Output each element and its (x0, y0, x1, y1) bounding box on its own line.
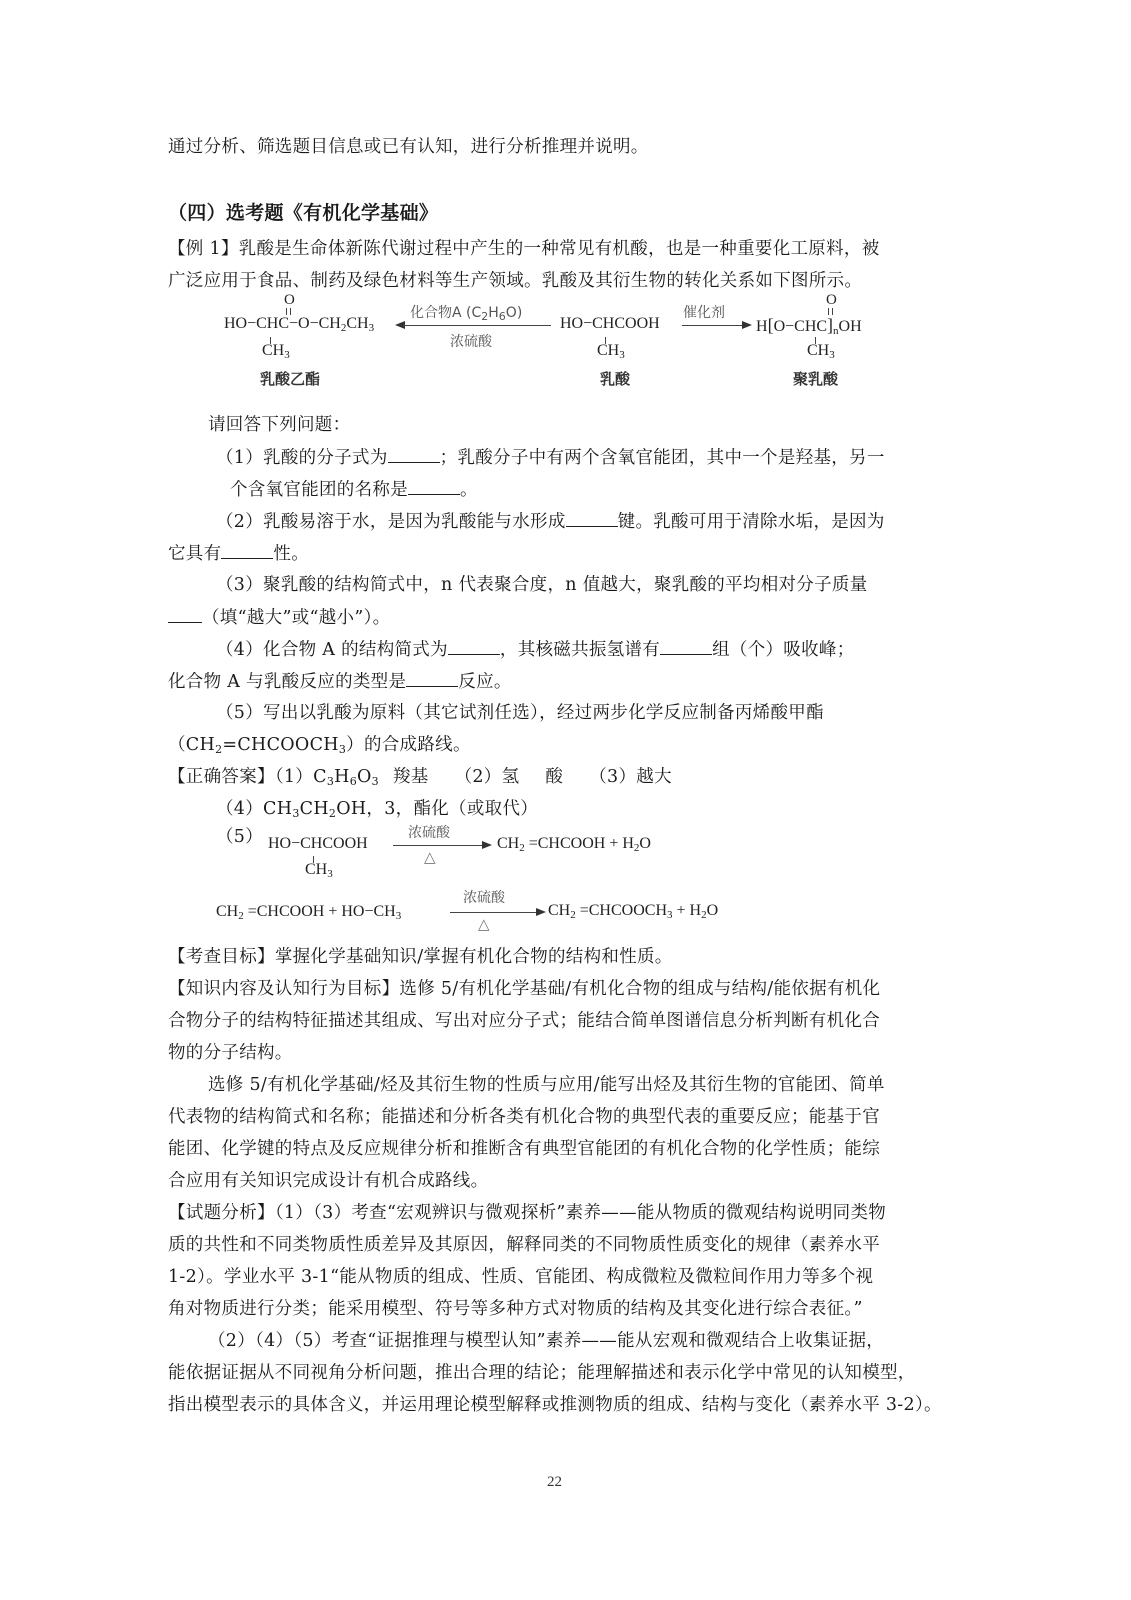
q4-text-b: ，其核磁共振氢谱有 (500, 640, 660, 660)
q1-text-a: （1）乳酸的分子式为 (216, 448, 388, 468)
arrow2-line (682, 325, 744, 326)
knowledge-text: 选修 5/有机化学基础/有机化合物的组成与结构/能依据有机化 (399, 979, 880, 999)
question-1-line-2: 个含氧官能团的名称是。 (230, 478, 478, 501)
ethyl-lactate-methyl: CH3 (262, 342, 290, 360)
answer-line-1: 【正确答案】（1）C3H6O3羧基（2）氢酸（3）越大 (168, 766, 672, 788)
q2-text-c: 它具有 (168, 544, 221, 564)
objective-line: 【考查目标】掌握化学基础知识/掌握有机化合物的结构和性质。 (168, 946, 673, 968)
question-2-line-2: 它具有性。 (168, 542, 309, 565)
question-1-line-1: （1）乳酸的分子式为；乳酸分子中有两个含氧官能团，其中一个是羟基，另一 (216, 446, 885, 469)
answer-line-4: （4）CH3CH2OH，3，酯化（或取代） (216, 798, 538, 820)
arrow-right-head (742, 321, 752, 329)
q2-blank-bond[interactable] (566, 510, 618, 527)
ethyl-lactate-carbonyl-o: O (284, 292, 295, 309)
step2-heat-condition: △ (478, 915, 490, 933)
step1-methyl: CH3 (305, 861, 333, 879)
analysis-line-5: （2）（4）（5）考查“证据推理与模型认知”素养——能从宏观和微观结合上收集证据… (208, 1330, 884, 1352)
knowledge-label: 【知识内容及认知行为目标】 (168, 979, 399, 999)
knowledge-line-5: 代表物的结构简式和名称；能描述和分析各类有机化合物的典型代表的重要反应；能基于官 (168, 1106, 880, 1128)
analysis-line-7: 指出模型表示的具体含义，并运用理论模型解释或推测物质的组成、结构与变化（素养水平… (168, 1394, 942, 1416)
q5-text: ）的合成路线。 (346, 735, 471, 755)
answer-2b: 酸 (545, 767, 563, 787)
objective-label: 【考查目标】 (168, 947, 275, 967)
answer-1-group: 羧基 (393, 767, 429, 787)
analysis-line-2: 质的共性和不同类物质性质差异及其原因，解释同类的不同物质性质变化的规律（素养水平 (168, 1234, 880, 1256)
intro-line: 通过分析、筛选题目信息或已有认知，进行分析推理并说明。 (168, 136, 649, 158)
answer-4-prefix: （4） (216, 799, 263, 819)
question-2-line-1: （2）乳酸易溶于水，是因为乳酸能与水形成键。乳酸可用于清除水垢，是因为 (216, 510, 885, 533)
knowledge-line-4: 选修 5/有机化学基础/烃及其衍生物的性质与应用/能写出烃及其衍生物的官能团、简… (208, 1074, 885, 1096)
question-prompt: 请回答下列问题： (208, 414, 350, 436)
q1-text-d: 。 (460, 480, 478, 500)
question-5-line-2: （CH2=CHCOOCH3）的合成路线。 (168, 734, 471, 756)
question-3-line-1: （3）聚乳酸的结构简式中，n 代表聚合度，n 值越大，聚乳酸的平均相对分子质量 (216, 574, 868, 596)
question-4-line-1: （4）化合物 A 的结构简式为，其核磁共振氢谱有组（个）吸收峰； (216, 638, 855, 661)
analysis-label: 【试题分析】 (168, 1203, 275, 1223)
q4-text-e: 反应。 (458, 672, 511, 692)
q4-blank-structure[interactable] (448, 638, 500, 655)
answer-2: （2）氢 (455, 767, 520, 787)
example-line-2: 广泛应用于食品、制药及绿色材料等生产领域。乳酸及其衍生物的转化关系如下图所示。 (168, 270, 862, 292)
ethyl-lactate-formula: HO−CHC−O−CH2CH3 (224, 315, 374, 333)
arrow1-top-label: 化合物A (C2H6O) (410, 302, 522, 322)
example-text-1: 乳酸是生命体新陈代谢过程中产生的一种常见有机酸，也是一种重要化工原料，被 (239, 239, 880, 259)
q3-text-b: （填“越大”或“越小”）。 (202, 608, 390, 628)
step2-product: CH2 =CHCOOCH3 + H2O (548, 902, 718, 920)
q1-blank-formula[interactable] (388, 446, 440, 463)
question-4-line-2: 化合物 A 与乳酸反应的类型是反应。 (168, 670, 512, 693)
q1-blank-group[interactable] (408, 478, 460, 495)
arrow-right-head (482, 841, 492, 849)
answer-4-formula: CH3CH2OH (263, 799, 366, 819)
arrow-right-head (536, 908, 546, 916)
analysis-line-1: 【试题分析】（1）（3）考查“宏观辨识与微观探析”素养——能从物质的微观结构说明… (168, 1202, 886, 1224)
q1-text-c: 个含氧官能团的名称是 (230, 480, 408, 500)
example-line-1: 【例 1】乳酸是生命体新陈代谢过程中产生的一种常见有机酸，也是一种重要化工原料，… (168, 238, 880, 260)
question-5-line-1: （5）写出以乳酸为原料（其它试剂任选），经过两步化学反应制备丙烯酸甲酯 (216, 702, 824, 724)
example-label: 【例 1】 (168, 239, 239, 259)
lactic-acid-label: 乳酸 (600, 368, 630, 389)
knowledge-line-7: 合应用有关知识完成设计有机合成路线。 (168, 1170, 488, 1192)
pla-methyl: CH3 (807, 342, 835, 360)
knowledge-line-2: 合物分子的结构特征描述其组成、写出对应分子式；能结合简单图谱信息分析判断有机化合 (168, 1010, 880, 1032)
pla-label: 聚乳酸 (793, 368, 838, 389)
analysis-text: （1）（3）考查“宏观辨识与微观探析”素养——能从物质的微观结构说明同类物 (275, 1203, 886, 1223)
q1-text-b: ；乳酸分子中有两个含氧官能团，其中一个是羟基，另一 (440, 448, 885, 468)
analysis-line-4: 角对物质进行分类；能采用模型、符号等多种方式对物质的结构及其变化进行综合表征。” (168, 1298, 863, 1320)
knowledge-line-3: 物的分子结构。 (168, 1042, 293, 1064)
lactic-acid-formula: HO−CHCOOH (560, 315, 660, 333)
q5-text: （CH (168, 735, 215, 755)
pla-formula: H[O−CHC]nOH (756, 315, 862, 336)
knowledge-line-6: 能团、化学键的特点及反应规律分析和推断含有典型官能团的有机化合物的化学性质；能综 (168, 1138, 880, 1160)
answer-1-formula: C3H6O3 (313, 767, 379, 787)
arrow1-bottom-label: 浓硫酸 (450, 331, 492, 351)
lactic-acid-methyl: CH3 (597, 342, 625, 360)
section-title: （四）选考题《有机化学基础》 (168, 202, 438, 224)
ethyl-lactate-label: 乳酸乙酯 (260, 368, 320, 389)
q5-text: =CHCOOCH (222, 735, 338, 755)
analysis-line-3: 1-2）。学业水平 3-1“能从物质的组成、性质、官能团、构成微粒及微粒间作用力… (168, 1266, 873, 1288)
double-bond (828, 308, 833, 315)
step2-reagent: 浓硫酸 (463, 887, 505, 907)
q4-blank-peaks[interactable] (660, 638, 712, 655)
analysis-line-6: 能依据证据从不同视角分析问题，推出合理的结论；能理解描述和表示化学中常见的认知模… (168, 1362, 916, 1384)
q2-blank-property[interactable] (221, 542, 273, 559)
q2-text-d: 性。 (273, 544, 309, 564)
arrow2-top-label: 催化剂 (683, 302, 725, 322)
q2-text-b: 键。乳酸可用于清除水垢，是因为 (618, 512, 885, 532)
knowledge-line-1: 【知识内容及认知行为目标】选修 5/有机化学基础/有机化合物的组成与结构/能依据… (168, 978, 880, 1000)
step2-arrow-line (450, 912, 538, 913)
q4-text-a: （4）化合物 A 的结构简式为 (216, 640, 448, 660)
answer-3: （3）越大 (589, 767, 672, 787)
step1-arrow-line (393, 845, 483, 846)
document-page: 通过分析、筛选题目信息或已有认知，进行分析推理并说明。 （四）选考题《有机化学基… (0, 0, 1131, 1600)
pla-carbonyl-o: O (826, 292, 837, 309)
step1-reagent: 浓硫酸 (408, 822, 450, 842)
q4-text-d: 化合物 A 与乳酸反应的类型是 (168, 672, 406, 692)
q4-text-c: 组（个）吸收峰； (712, 640, 854, 660)
answer-label: 【正确答案】 (168, 767, 275, 787)
q4-blank-reaction[interactable] (406, 670, 458, 687)
step2-reactant: CH2 =CHCOOH + HO−CH3 (216, 903, 401, 921)
step1-product: CH2 =CHCOOH + H2O (497, 835, 651, 853)
double-bond (286, 308, 291, 315)
answer-4-rest: ，3，酯化（或取代） (366, 799, 538, 819)
page-number: 22 (547, 1474, 562, 1491)
step1-heat-condition: △ (424, 848, 436, 866)
question-3-line-2: （填“越大”或“越小”）。 (168, 606, 390, 629)
step1-reactant: HO−CHCOOH (268, 835, 368, 853)
q2-text-a: （2）乳酸易溶于水，是因为乳酸能与水形成 (216, 512, 566, 532)
answer-1-prefix: （1） (275, 767, 313, 787)
answer-5-prefix: （5） (216, 826, 263, 848)
arrow1-line (403, 325, 551, 326)
q3-blank[interactable] (168, 606, 202, 623)
objective-text: 掌握化学基础知识/掌握有机化合物的结构和性质。 (275, 947, 673, 967)
